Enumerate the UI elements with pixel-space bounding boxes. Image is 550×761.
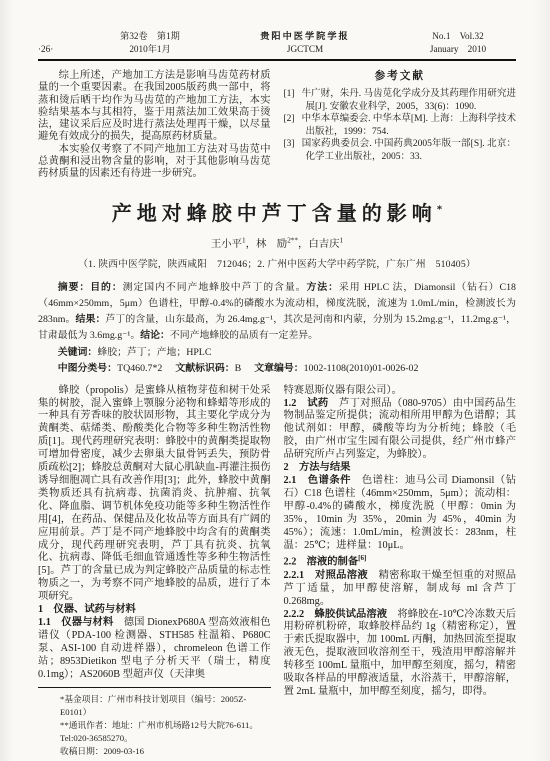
journal-name-block: 贵阳中医学院学报 JGCTCM — [210, 30, 400, 56]
received-date-footnote: 收稿日期：2009-03-16 — [38, 745, 271, 758]
body-right-column: 特赛恩斯仪器有限公司）。 1.2 试药 芦丁对照品（080-9705）由中国药品… — [284, 385, 517, 758]
reference-number: [2] — [284, 114, 295, 124]
section-1-1-label: 1.1 仪器与材料 — [38, 617, 113, 628]
journal-name-cn: 贵阳中医学院学报 — [210, 30, 400, 43]
previous-article-paragraph: 综上所述，产地加工方法是影响马齿苋药材质量的一个重要因素。在我国2005版药典一… — [38, 70, 271, 144]
section-1-heading: 1 仪器、试药与材料 — [38, 604, 271, 617]
section-2-heading: 2 方法与结果 — [284, 462, 517, 475]
article-body: 蜂胶（propolis）是蜜蜂从植物芽苞和树干处采集的树胶，混入蜜蜂上颚腺分泌物… — [38, 385, 516, 758]
doc-code-group: 文献标识码：B — [175, 363, 241, 374]
author-name: ，白吉庆 — [298, 239, 340, 250]
page-header: ·26· 第32卷 第1期 2010年1月 贵阳中医学院学报 JGCTCM No… — [38, 30, 516, 56]
reference-number: [1] — [284, 89, 295, 99]
previous-article-section: 综上所述，产地加工方法是影响马齿苋药材质量的一个重要因素。在我国2005版药典一… — [38, 70, 516, 181]
reference-entry: [1]牛广财，朱丹. 马齿苋化学成分及其药理作用研究进展[J]. 安徽农业科学，… — [284, 88, 517, 113]
section-2-1-label: 2.1 色谱条件 — [284, 475, 352, 486]
abstract-paragraph: 摘要：目的：测定国内不同产地蜂胶中芦丁的含量。方法：采用 HPLC 法，Diam… — [38, 280, 516, 344]
section-2-2-1-paragraph: 2.2.1 对照品溶液 精密称取干燥至恒重的对照品芦丁适量，加甲醇使溶解，制成每… — [284, 570, 517, 609]
section-2-1-text: 色谱柱：迪马公司 Diamonsil（钻石）C18 色谱柱（46mm×250mm… — [284, 475, 517, 551]
journal-page: ·26· 第32卷 第1期 2010年1月 贵阳中医学院学报 JGCTCM No… — [0, 0, 550, 761]
section-2-2-2-paragraph: 2.2.2 蜂胶供试品溶液 将蜂胶在-10℃冷冻数天后用粉碎机粉碎，取蜂胶样品约… — [284, 609, 517, 699]
classification-line: 中图分类号：TQ460.7*2文献标识码：B文章编号：1002-1108(201… — [38, 361, 516, 376]
issue-block: No.1 Vol.32 January 2010 — [400, 30, 516, 56]
section-2-2-1-label: 2.2.1 对照品溶液 — [284, 570, 368, 581]
footnotes: *基金项目：广州市科技计划项目（编号：2005Z-E0101） **通讯作者：地… — [38, 687, 271, 758]
article-id-value: 1002-1108(2010)01-0026-02 — [304, 363, 419, 374]
volume-issue-cn: 第32卷 第1期 — [90, 30, 210, 43]
section-2-1-paragraph: 2.1 色谱条件 色谱柱：迪马公司 Diamonsil（钻石）C18 色谱柱（4… — [284, 475, 517, 552]
reference-entry: [2]中华本草编委会. 中华本草[M]. 上海：上海科学技术出版社，1999：7… — [284, 113, 517, 138]
conclusion-label: 结论： — [140, 330, 170, 341]
affiliation-line: （1. 陕西中医学院，陕西咸阳 712046；2. 广州中医药大学中药学院，广东… — [38, 256, 516, 270]
article-title: 产地对蜂胶中芦丁含量的影响* — [38, 197, 516, 226]
author-name: 王小平 — [211, 239, 242, 250]
issue-no-en: No.1 Vol.32 — [400, 30, 516, 43]
reference-text: 牛广财，朱丹. 马齿苋化学成分及其药理作用研究进展[J]. 安徽农业科学，200… — [302, 89, 516, 112]
section-1-2-label: 1.2 试药 — [284, 398, 329, 409]
clc-group: 中图分类号：TQ460.7*2 — [58, 363, 163, 374]
date-cn: 2010年1月 — [90, 43, 210, 56]
reference-entry: [3]国家药典委员会. 中国药典2005年版一部[S]. 北京：化学工业出版社，… — [284, 138, 517, 163]
journal-name-en: JGCTCM — [210, 43, 400, 56]
clc-label: 中图分类号： — [58, 363, 117, 374]
fund-footnote: *基金项目：广州市科技计划项目（编号：2005Z-E0101） — [38, 693, 271, 719]
objective-label: 目的： — [90, 282, 122, 293]
header-rule — [38, 59, 516, 61]
author-name: ，林 励 — [246, 239, 288, 250]
section-2-2-heading: 2.2 溶液的制备[6] — [284, 552, 517, 569]
previous-article-text-column: 综上所述，产地加工方法是影响马齿苋药材质量的一个重要因素。在我国2005版药典一… — [38, 70, 271, 181]
reference-number: [3] — [284, 139, 295, 149]
doc-code-value: B — [235, 363, 242, 374]
section-1-1-paragraph: 1.1 仪器与材料 德国 DionexP680A 型高效液相色谱仪（PDA-10… — [38, 617, 271, 682]
section-1-2-paragraph: 1.2 试药 芦丁对照品（080-9705）由中国药品生物制品鉴定所提供；流动相… — [284, 398, 517, 463]
article-title-text: 产地对蜂胶中芦丁含量的影响 — [112, 203, 437, 225]
previous-article-paragraph: 本实验仅考察了不同产地加工方法对马齿苋中总黄酮和浸出物含量的影响，对于其他影响马… — [38, 144, 271, 181]
reference-text: 国家药典委员会. 中国药典2005年版一部[S]. 北京：化学工业出版社，200… — [302, 139, 516, 162]
author-superscript: 2** — [287, 236, 298, 244]
volume-issue-block: 第32卷 第1期 2010年1月 — [90, 30, 210, 56]
body-left-column: 蜂胶（propolis）是蜜蜂从植物芽苞和树干处采集的树胶，混入蜜蜂上颚腺分泌物… — [38, 385, 271, 758]
conclusion-text: 不同产地蜂胶的品质有一定差异。 — [170, 330, 318, 341]
continuation-paragraph: 特赛恩斯仪器有限公司）。 — [284, 385, 517, 398]
doc-code-label: 文献标识码： — [175, 363, 234, 374]
objective-text: 测定国内不同产地蜂胶中芦丁的含量。 — [123, 282, 307, 293]
method-label: 方法： — [306, 282, 338, 293]
article-id-label: 文章编号： — [254, 363, 303, 374]
article-id-group: 文章编号：1002-1108(2010)01-0026-02 — [254, 363, 418, 374]
reference-text: 中华本草编委会. 中华本草[M]. 上海：上海科学技术出版社，1999：754. — [302, 114, 516, 137]
abstract-label: 摘要： — [58, 282, 90, 293]
references-column: 参考文献 [1]牛广财，朱丹. 马齿苋化学成分及其药理作用研究进展[J]. 安徽… — [284, 70, 517, 181]
corresponding-author-footnote: **通讯作者：地址：广州市机场路12号大院76-611。Tel:020-3658… — [38, 719, 271, 745]
keywords-label: 关键词： — [58, 347, 98, 358]
title-footnote-mark: * — [437, 203, 443, 215]
page-number: ·26· — [38, 43, 90, 56]
introduction-paragraph: 蜂胶（propolis）是蜜蜂从植物芽苞和树干处采集的树胶，混入蜜蜂上颚腺分泌物… — [38, 385, 271, 604]
section-2-2-2-text: 将蜂胶在-10℃冷冻数天后用粉碎机粉碎，取蜂胶样品约 1g（精密称定），置于索氏… — [284, 609, 517, 697]
authors-line: 王小平1，林 励2**，白吉庆1 — [38, 235, 516, 250]
section-2-2-reference-mark: [6] — [358, 554, 366, 562]
clc-value: TQ460.7*2 — [117, 363, 162, 374]
date-en: January 2010 — [400, 43, 516, 56]
keywords-text: 蜂胶；芦丁；产地；HPLC — [97, 347, 211, 358]
result-label: 结果： — [76, 314, 106, 325]
references-heading: 参考文献 — [284, 71, 517, 83]
section-2-2-heading-text: 2.2 溶液的制备 — [284, 557, 359, 568]
section-2-2-2-label: 2.2.2 蜂胶供试品溶液 — [284, 609, 388, 620]
author-superscript: 1 — [340, 236, 344, 244]
keywords-line: 关键词：蜂胶；芦丁；产地；HPLC — [38, 345, 516, 360]
